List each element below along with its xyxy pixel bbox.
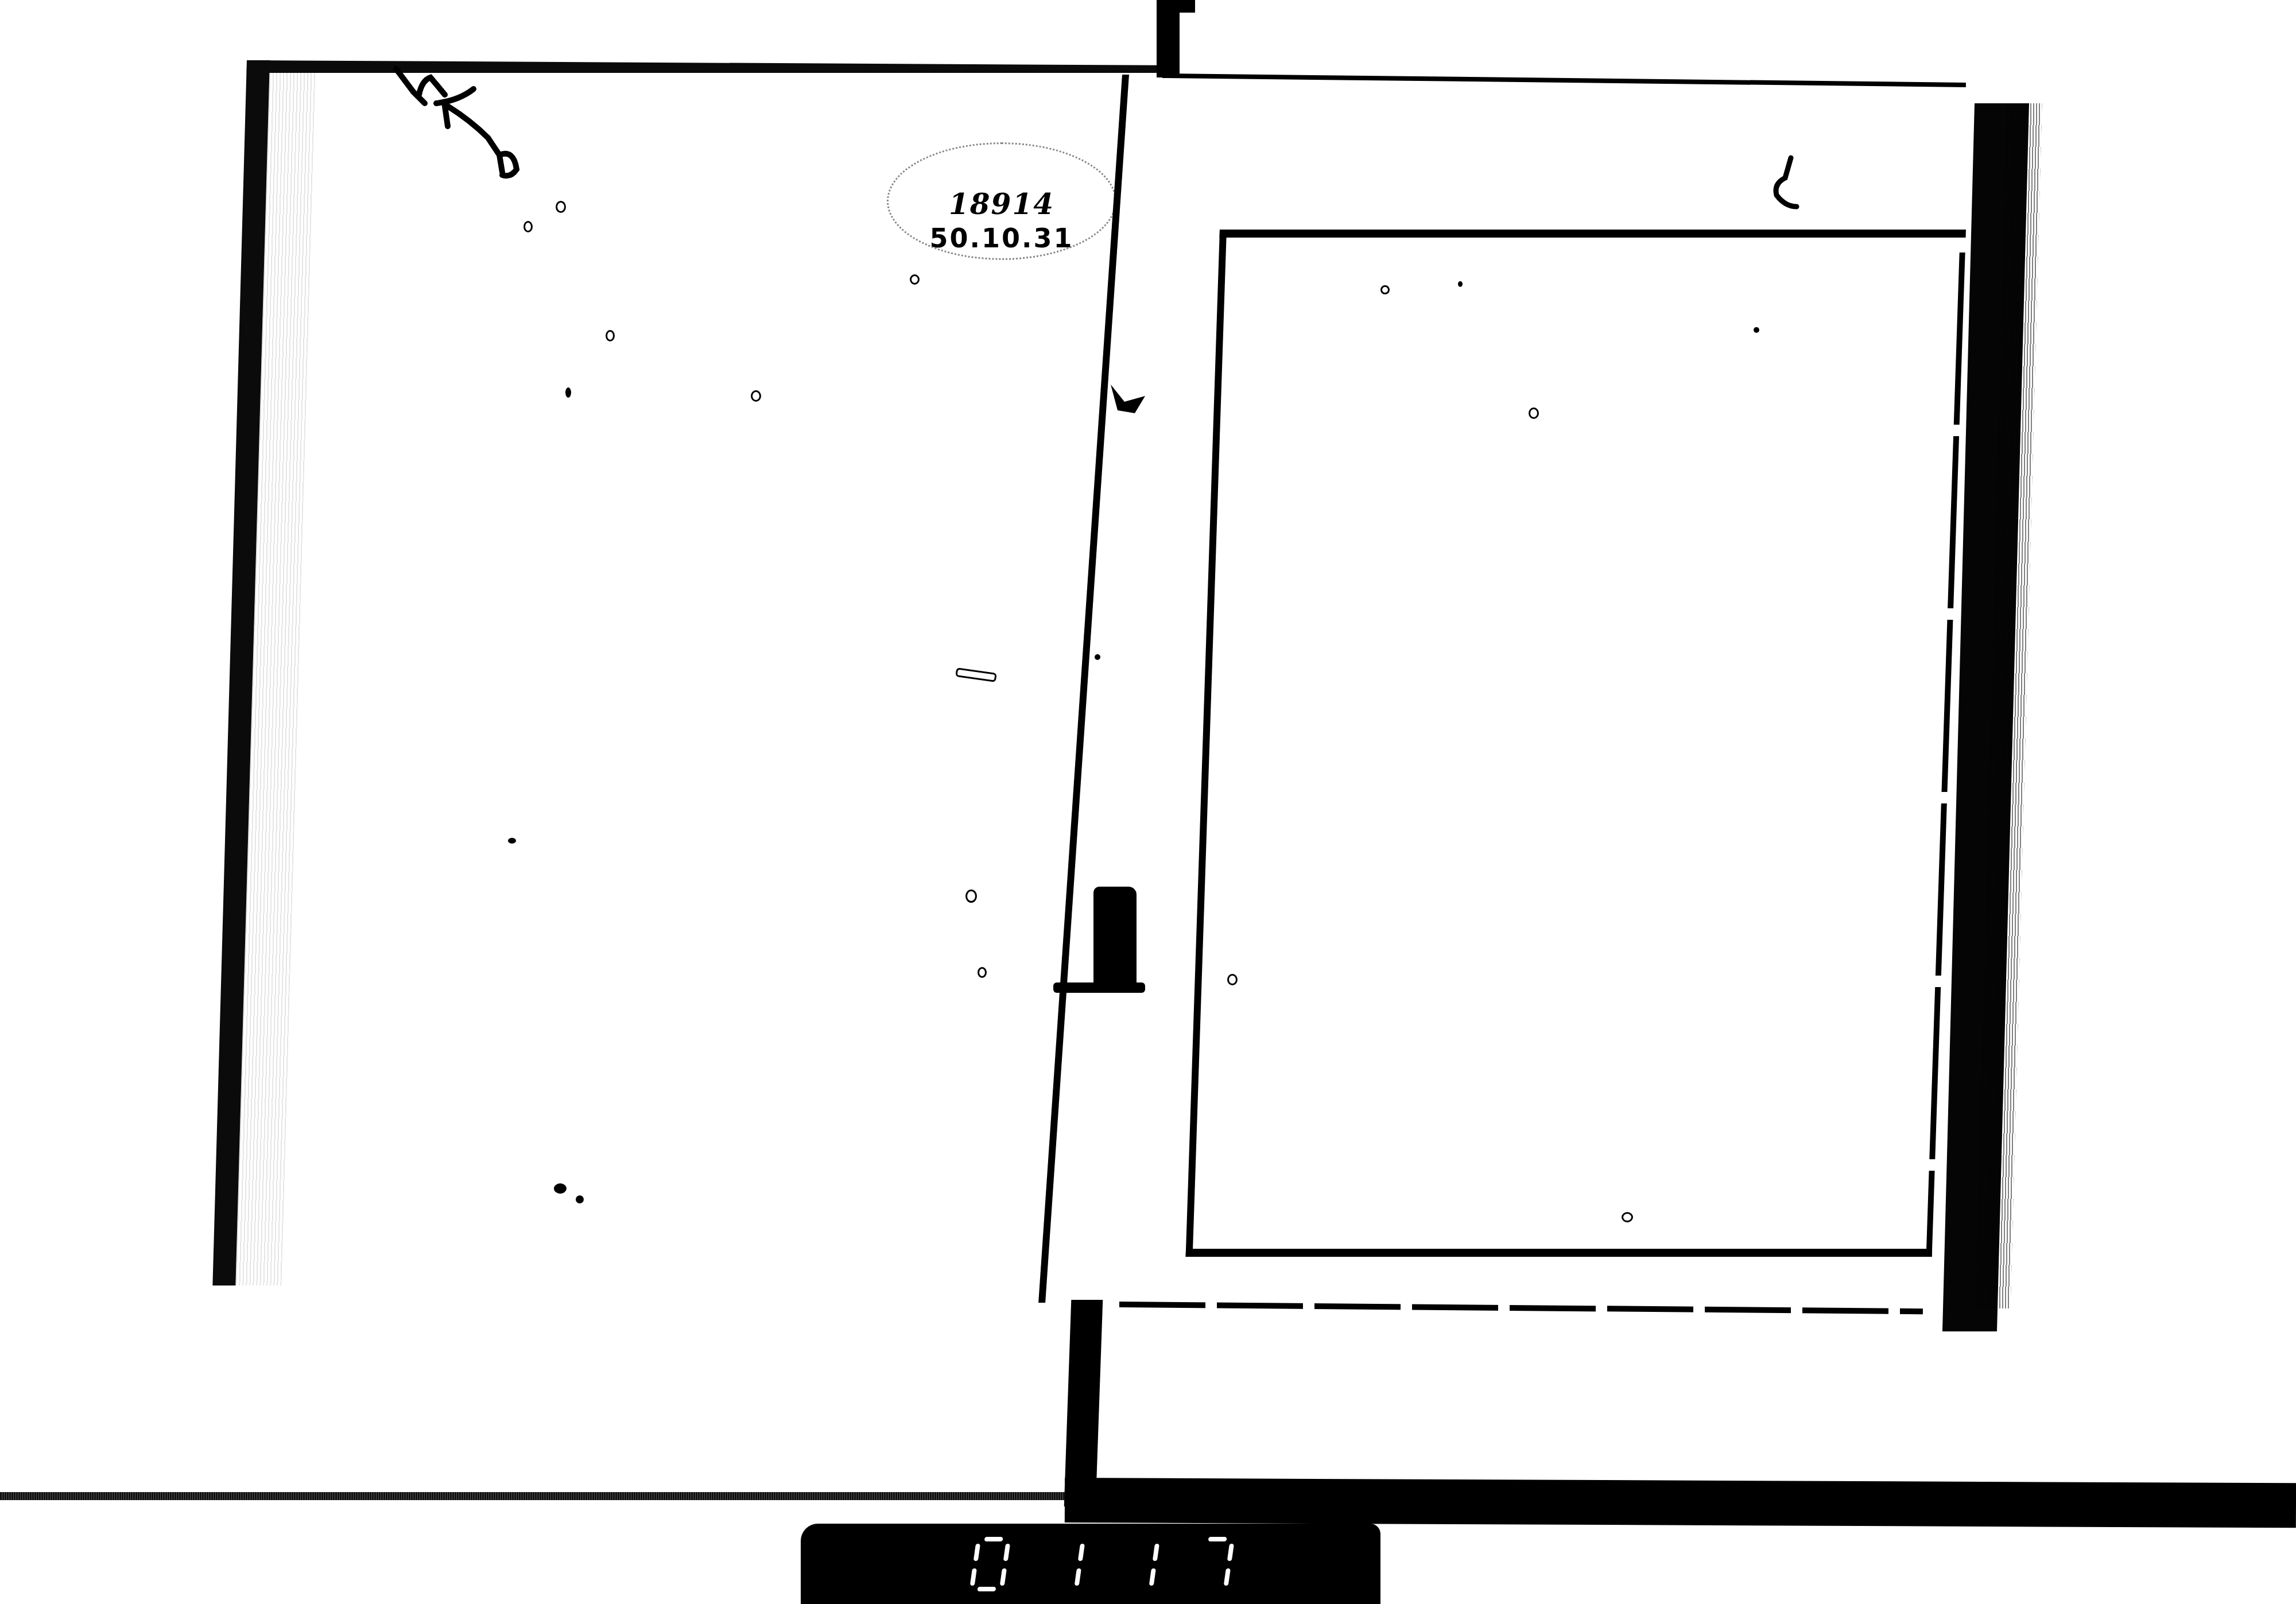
- speck: [508, 838, 516, 844]
- counter-digit: [1044, 1537, 1085, 1591]
- segment-c: [1149, 1568, 1156, 1586]
- speck: [910, 274, 920, 285]
- speck: [576, 1195, 584, 1203]
- frame-counter-digits: [801, 1524, 1380, 1604]
- segment-a: [984, 1537, 1003, 1541]
- speck: [1380, 285, 1390, 294]
- speck: [965, 890, 977, 903]
- right-page-top-edge: [1162, 73, 1966, 87]
- speck: [1622, 1212, 1633, 1222]
- segment-b: [1003, 1544, 1010, 1561]
- frame-left-rule: [1186, 230, 1227, 1257]
- segment-c: [1000, 1568, 1007, 1586]
- segment-c: [1224, 1568, 1231, 1586]
- segment-b: [1078, 1544, 1085, 1561]
- ink-stain-mark: [1762, 155, 1808, 224]
- speck: [1754, 327, 1759, 333]
- speck: [606, 330, 615, 341]
- accession-date: 50.10.31: [887, 223, 1116, 254]
- scanner-base-bar: [1065, 1478, 2296, 1528]
- spine-foot-block: [1064, 1300, 1103, 1506]
- right-page-bottom-edge: [1119, 1302, 1923, 1314]
- accession-number: 18914: [887, 187, 1116, 221]
- counter-digit: [1118, 1537, 1160, 1591]
- speck: [1227, 974, 1238, 985]
- speck: [565, 387, 571, 398]
- speck: [1529, 407, 1539, 419]
- speck: [1458, 281, 1463, 287]
- binding-clip: [1093, 887, 1137, 993]
- accession-stamp: 18914 50.10.31: [887, 142, 1116, 260]
- speck: [751, 390, 761, 402]
- counter-digit: [1193, 1537, 1235, 1591]
- speck: [556, 201, 566, 213]
- binding-clip-base: [1053, 982, 1145, 993]
- left-page-bottom-edge: [0, 1492, 1068, 1500]
- counter-digit: [969, 1537, 1011, 1591]
- speck: [978, 967, 987, 978]
- spine-top-nub: [1180, 0, 1195, 13]
- frame-counter-plate: 0117: [801, 1524, 1380, 1604]
- frame-top-rule: [1220, 230, 1966, 238]
- segment-f: [974, 1544, 980, 1561]
- frame-bottom-rule: [1186, 1249, 1932, 1257]
- segment-e: [970, 1568, 977, 1586]
- speck: [554, 1183, 567, 1194]
- right-page-ruled-frame: [1186, 230, 1966, 1257]
- segment-a: [1208, 1537, 1227, 1541]
- ink-stain-mark: [390, 63, 574, 201]
- segment-b: [1227, 1544, 1234, 1561]
- segment-c: [1075, 1568, 1081, 1586]
- speck: [1095, 654, 1100, 660]
- left-top-edge: [246, 60, 1165, 73]
- speck: [523, 221, 533, 232]
- segment-d: [977, 1587, 996, 1591]
- segment-b: [1153, 1544, 1159, 1561]
- spine-top-block: [1157, 0, 1180, 77]
